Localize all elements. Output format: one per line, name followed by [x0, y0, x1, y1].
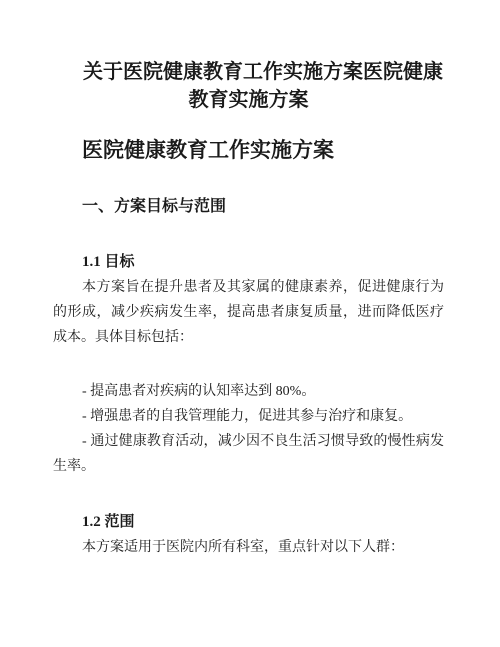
subsection-heading-1-1-goal: 1.1 目标 [53, 250, 444, 275]
paragraph-goal-description: 本方案旨在提升患者及其家属的健康素养，促进健康行为的形成，减少疾病发生率，提高患… [53, 275, 444, 350]
document-title: 关于医院健康教育工作实施方案医院健康教育实施方案 [53, 58, 444, 114]
goal-list: - 提高患者对疾病的认知率达到 80%。 - 增强患者的自我管理能力，促进其参与… [53, 379, 444, 479]
document-content: 关于医院健康教育工作实施方案医院健康教育实施方案 医院健康教育工作实施方案 一、… [0, 58, 500, 560]
document-subtitle-heading: 医院健康教育工作实施方案 [53, 138, 444, 164]
goal-list-item: - 通过健康教育活动，减少因不良生活习惯导致的慢性病发生率。 [53, 429, 444, 479]
subsection-heading-1-2-scope: 1.2 范围 [53, 510, 444, 535]
goal-list-item: - 增强患者的自我管理能力，促进其参与治疗和康复。 [53, 404, 444, 429]
paragraph-scope-description: 本方案适用于医院内所有科室，重点针对以下人群： [53, 535, 444, 560]
document-page: 关于医院健康教育工作实施方案医院健康教育实施方案 医院健康教育工作实施方案 一、… [0, 0, 500, 647]
section-heading-goals-and-scope: 一、方案目标与范围 [53, 196, 444, 218]
goal-list-item: - 提高患者对疾病的认知率达到 80%。 [53, 379, 444, 404]
